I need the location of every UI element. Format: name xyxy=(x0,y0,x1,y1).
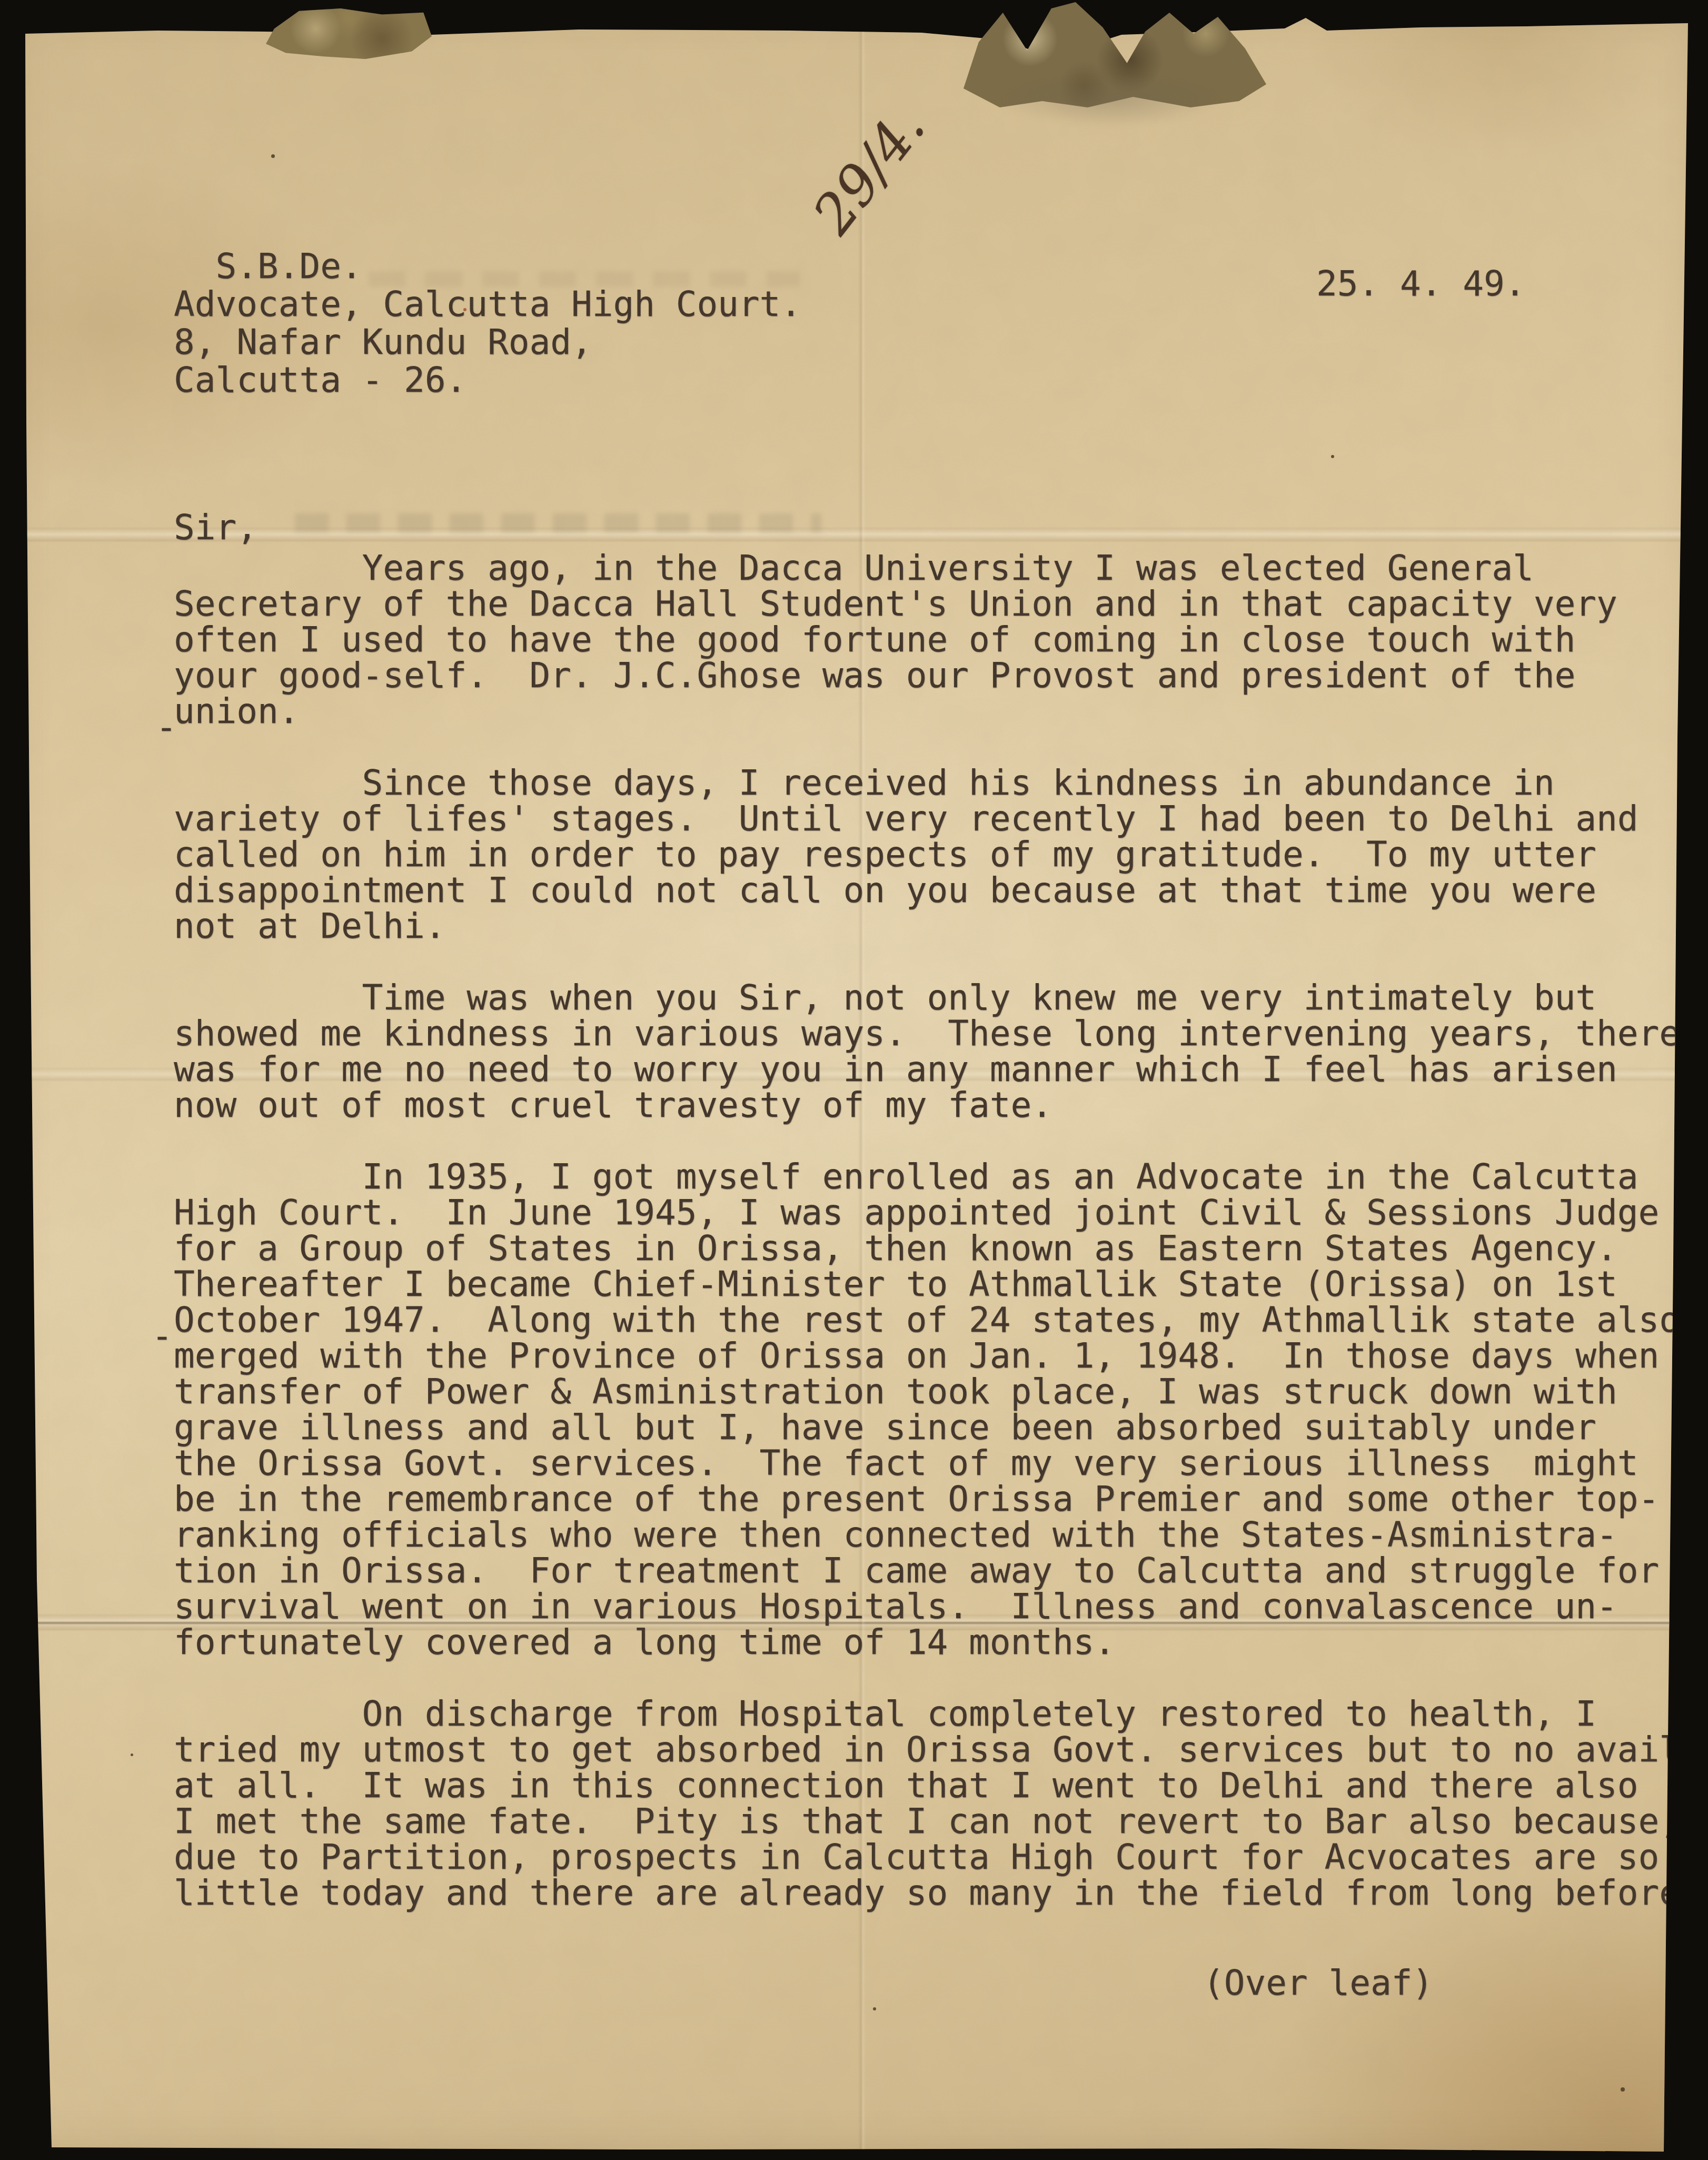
tape-remnant-left xyxy=(266,8,432,59)
stray-mark: - xyxy=(156,707,177,747)
dust-speck xyxy=(1331,455,1334,458)
paragraph-5: On discharge from Hospital completely re… xyxy=(174,1696,1680,1911)
dust-speck xyxy=(873,2007,876,2010)
dust-speck xyxy=(271,154,275,158)
tape-stain xyxy=(1000,79,1222,126)
scanned-letter-page: 29/4. S.B.De. Advocate, Calcutta High Co… xyxy=(0,0,1708,2160)
paragraph-3: Time was when you Sir, not only knew me … xyxy=(174,980,1680,1123)
salutation: Sir, xyxy=(174,510,257,546)
paragraph-2: Since those days, I received his kindnes… xyxy=(174,765,1638,944)
overleaf-note: (Over leaf) xyxy=(1203,1965,1433,2001)
letter-paper: 29/4. S.B.De. Advocate, Calcutta High Co… xyxy=(0,0,1708,2160)
stray-mark: - xyxy=(152,1315,173,1356)
bleed-through-ghost-text xyxy=(295,513,821,532)
handwritten-date-annotation: 29/4. xyxy=(800,69,958,245)
paragraph-1: Years ago, in the Dacca University I was… xyxy=(174,550,1617,729)
letter-date: 25. 4. 49. xyxy=(1316,266,1525,302)
sender-title: Advocate, Calcutta High Court. xyxy=(174,285,801,323)
sender-name: S.B.De. xyxy=(174,247,362,285)
sender-street: 8, Nafar Kundu Road, xyxy=(174,323,592,361)
sender-city: Calcutta - 26. xyxy=(174,361,466,399)
dust-speck xyxy=(1621,2087,1625,2092)
dust-speck xyxy=(131,1753,133,1756)
paragraph-4: In 1935, I got myself enrolled as an Adv… xyxy=(174,1159,1680,1660)
